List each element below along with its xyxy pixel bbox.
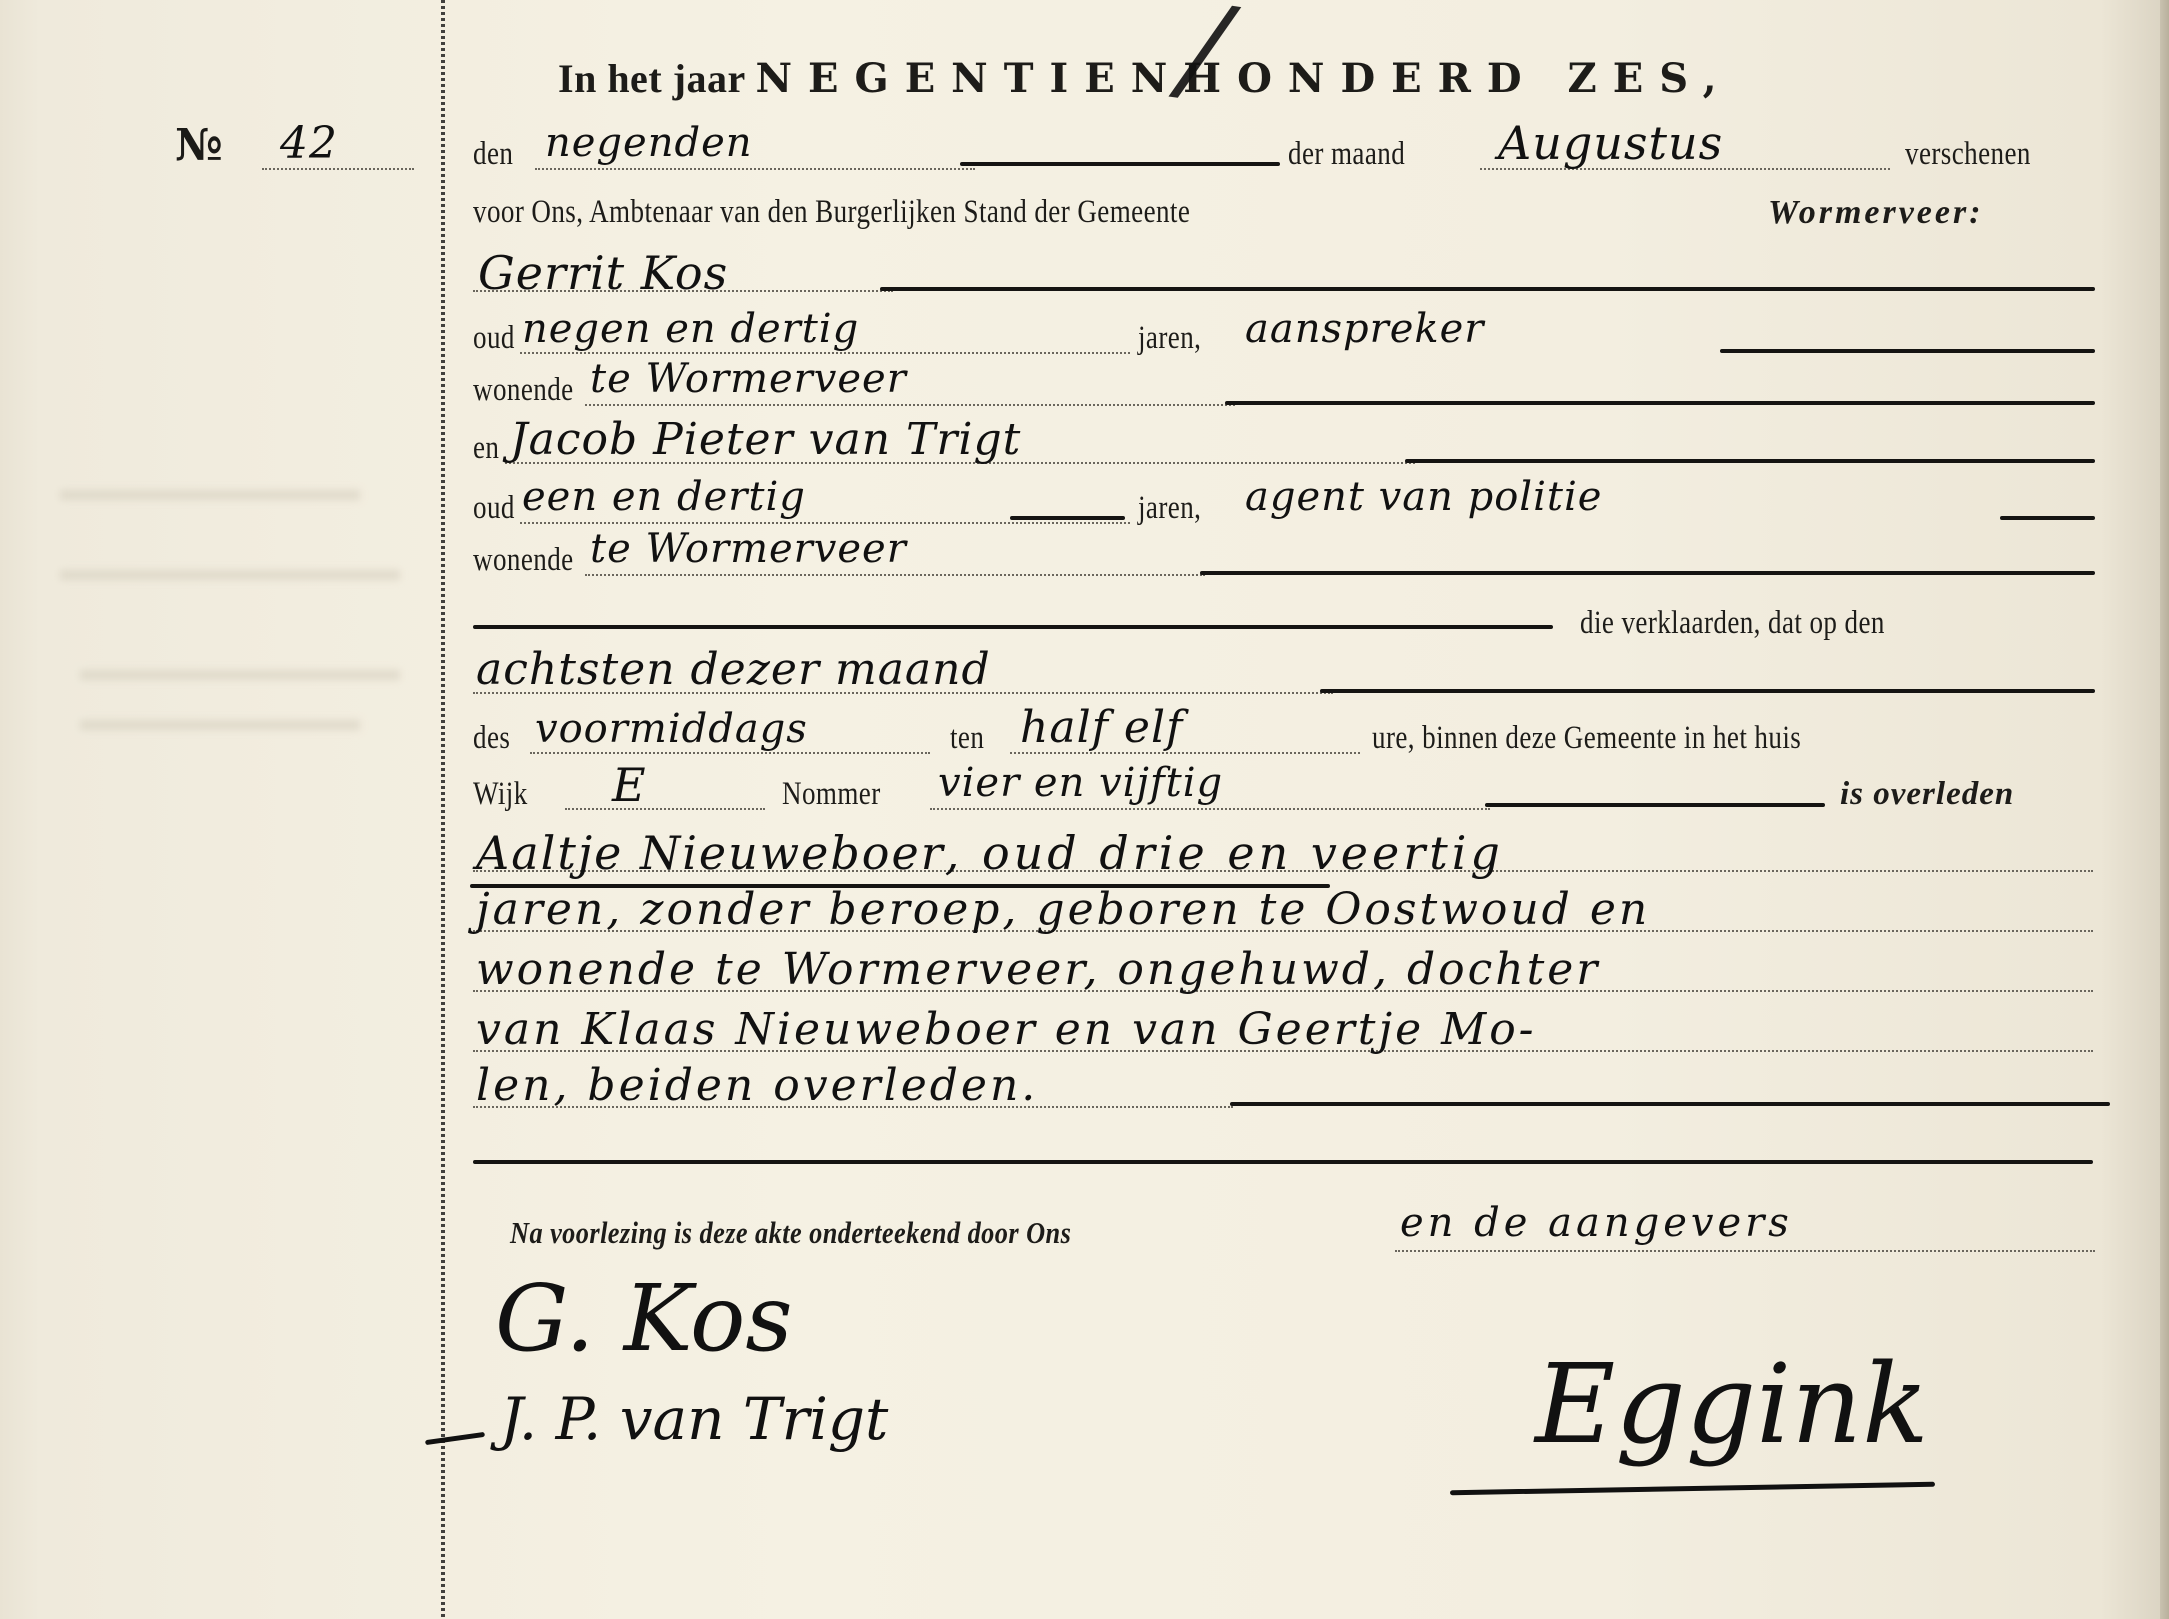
municipality-name: Wormerveer: [1768, 194, 1984, 232]
fill-rule [1225, 401, 2095, 405]
bleed-through-line [80, 670, 400, 680]
dotted-line [585, 404, 1235, 406]
civil-register-death-record: № 42 In het jaar NEGENTIENHONDERD ZES, /… [0, 0, 2169, 1619]
fill-rule [1485, 803, 1825, 807]
death-time: half elf [1020, 702, 1183, 753]
signature-declarant2: J. P. van Trigt [500, 1385, 888, 1453]
page-title: In het jaar NEGENTIENHONDERD ZES, [558, 55, 1733, 102]
declarant2-age: een en dertig [522, 474, 806, 520]
den-label: den [473, 136, 513, 173]
day-part: voormiddags [535, 706, 808, 752]
nommer-label: Nommer [782, 776, 881, 813]
deceased-name: Aaltje Nieuweboer [476, 826, 945, 880]
deceased-age: , oud drie en veertig [945, 826, 1504, 880]
fill-rule [960, 162, 1280, 166]
title-year: NEGENTIENHONDERD ZES, [755, 55, 1732, 102]
verschenen-label: verschenen [1905, 136, 2031, 173]
signature-declarant1: G. Kos [495, 1265, 793, 1372]
is-overleden-label: is overleden [1840, 776, 2014, 813]
fill-rule [1405, 459, 2095, 463]
record-number: 42 [280, 118, 338, 169]
wonende-label: wonende [473, 372, 574, 409]
der-maand-label: der maand [1288, 136, 1405, 173]
wijk-label: Wijk [473, 776, 528, 813]
number-sign: № [175, 120, 223, 171]
wijk-value: E [612, 758, 647, 812]
fill-rule [1720, 349, 2095, 353]
title-intro: In het jaar [558, 56, 745, 101]
fill-rule [2000, 516, 2095, 520]
registrar-signature-underline [1450, 1482, 1935, 1495]
death-date: achtsten dezer maand [476, 644, 991, 695]
dotted-line [535, 168, 975, 170]
declaration-clause: die verklaarden, dat op den [1580, 605, 1885, 642]
en-label: en [473, 430, 499, 467]
dotted-line [1395, 1250, 2095, 1252]
fill-rule [880, 287, 2095, 291]
wonende-label: wonende [473, 542, 574, 579]
margin-divider [441, 0, 445, 1619]
day-value: negenden [545, 120, 753, 166]
fill-rule [1320, 689, 2095, 693]
fill-rule [1230, 1102, 2110, 1106]
ten-label: ten [950, 720, 984, 757]
declarant1-occupation: aanspreker [1245, 306, 1484, 352]
declarant1-name: Gerrit Kos [478, 246, 728, 300]
oud-label: oud [473, 320, 515, 357]
declarant1-age: negen en dertig [522, 306, 859, 352]
dotted-line [565, 808, 765, 810]
deceased-line-2: jaren, zonder beroep, geboren te Oostwou… [476, 884, 1650, 935]
dotted-line [530, 752, 930, 754]
deceased-line-3: wonende te Wormerveer, ongehuwd, dochter [476, 944, 1600, 995]
bleed-through-line [60, 490, 360, 500]
declarant2-occupation: agent van politie [1245, 474, 1602, 520]
declarant2-residence: te Wormerveer [590, 526, 907, 572]
deceased-line-1: Aaltje Nieuweboer, oud drie en veertig [476, 826, 1504, 880]
dotted-line [520, 522, 1130, 524]
page-edge [2160, 0, 2169, 1619]
house-number: vier en vijftig [938, 760, 1223, 806]
declarant2-name: Jacob Pieter van Trigt [510, 414, 1021, 465]
closing-statement: Na voorlezing is deze akte onderteekend … [510, 1215, 1071, 1251]
bleed-through-line [60, 570, 400, 580]
dotted-line [262, 168, 414, 170]
jaren-label: jaren, [1138, 320, 1201, 357]
fill-rule [473, 625, 1553, 629]
fill-rule [473, 1160, 2093, 1164]
dotted-line [930, 808, 1490, 810]
registrar-clause: voor Ons, Ambtenaar van den Burgerlijken… [473, 194, 1190, 231]
month-value: Augustus [1498, 116, 1723, 170]
fill-rule [1010, 516, 1125, 520]
signature-registrar: Eggink [1535, 1340, 1929, 1468]
dotted-line [585, 574, 1205, 576]
declarant1-residence: te Wormerveer [590, 356, 907, 402]
jaren-label: jaren, [1138, 490, 1201, 527]
oud-label: oud [473, 490, 515, 527]
closing-handwritten: en de aangevers [1400, 1200, 1793, 1246]
deceased-line-4: van Klaas Nieuweboer en van Geertje Mo- [476, 1004, 1537, 1055]
bleed-through-line [80, 720, 360, 730]
fill-rule [1200, 571, 2095, 575]
dotted-line [520, 352, 1130, 354]
location-clause: ure, binnen deze Gemeente in het huis [1372, 720, 1801, 757]
deceased-line-5: len, beiden overleden. [476, 1060, 1038, 1111]
signature-flourish [425, 1432, 485, 1445]
des-label: des [473, 720, 510, 757]
